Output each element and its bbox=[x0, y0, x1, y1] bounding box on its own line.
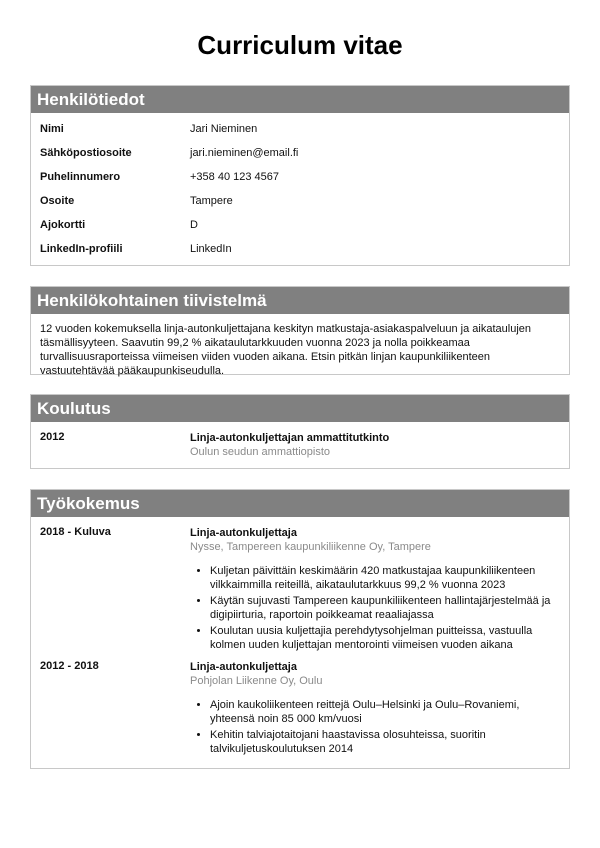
achievement-item: Ajoin kaukoliikenteen reittejä Oulu–Hels… bbox=[210, 698, 559, 726]
section-personal-info: Henkilötiedot Nimi Jari Nieminen Sähköpo… bbox=[30, 85, 570, 266]
email-value[interactable]: jari.nieminen@email.fi bbox=[190, 146, 569, 170]
info-row-linkedin: LinkedIn-profiili LinkedIn bbox=[31, 242, 569, 266]
entry-date: 2012 bbox=[31, 431, 190, 459]
achievement-item: Kuljetan päivittäin keskimäärin 420 matk… bbox=[210, 564, 559, 592]
info-label: Nimi bbox=[31, 122, 190, 146]
achievement-list: Ajoin kaukoliikenteen reittejä Oulu–Hels… bbox=[190, 698, 559, 756]
entry-title: Linja-autonkuljettajan ammattitutkinto bbox=[190, 431, 559, 445]
achievement-item: Käytän sujuvasti Tampereen kaupunkiliike… bbox=[210, 594, 559, 622]
info-row-email: Sähköpostiosoite jari.nieminen@email.fi bbox=[31, 146, 569, 170]
info-row-address: Osoite Tampere bbox=[31, 194, 569, 218]
info-row-license: Ajokortti D bbox=[31, 218, 569, 242]
section-heading: Työkokemus bbox=[31, 490, 569, 517]
info-label: Puhelinnumero bbox=[31, 170, 190, 194]
info-value: Jari Nieminen bbox=[190, 122, 569, 146]
entry-date: 2012 - 2018 bbox=[31, 660, 190, 758]
entry-title: Linja-autonkuljettaja bbox=[190, 526, 559, 540]
info-value: D bbox=[190, 218, 569, 242]
section-education: Koulutus 2012 Linja-autonkuljettajan amm… bbox=[30, 394, 570, 469]
achievement-list: Kuljetan päivittäin keskimäärin 420 matk… bbox=[190, 564, 559, 652]
info-label: Sähköpostiosoite bbox=[31, 146, 190, 170]
section-heading: Henkilötiedot bbox=[31, 86, 569, 113]
section-heading: Henkilökohtainen tiivistelmä bbox=[31, 287, 569, 314]
page-title: Curriculum vitae bbox=[0, 30, 600, 61]
info-row-phone: Puhelinnumero +358 40 123 4567 bbox=[31, 170, 569, 194]
entry-date: 2018 - Kuluva bbox=[31, 526, 190, 654]
entry-org: Pohjolan Liikenne Oy, Oulu bbox=[190, 674, 559, 688]
section-heading: Koulutus bbox=[31, 395, 569, 422]
info-value: Tampere bbox=[190, 194, 569, 218]
info-label: Ajokortti bbox=[31, 218, 190, 242]
entry-org: Oulun seudun ammattiopisto bbox=[190, 445, 559, 459]
achievement-item: Kehitin talviajotaitojani haastavissa ol… bbox=[210, 728, 559, 756]
linkedin-link[interactable]: LinkedIn bbox=[190, 242, 569, 266]
info-row-name: Nimi Jari Nieminen bbox=[31, 122, 569, 146]
experience-entry: 2018 - Kuluva Linja-autonkuljettaja Nyss… bbox=[31, 517, 569, 654]
summary-text: 12 vuoden kokemuksella linja-autonkuljet… bbox=[31, 314, 569, 385]
section-summary: Henkilökohtainen tiivistelmä 12 vuoden k… bbox=[30, 286, 570, 375]
info-label: LinkedIn-profiili bbox=[31, 242, 190, 266]
education-entry: 2012 Linja-autonkuljettajan ammattitutki… bbox=[31, 422, 569, 459]
entry-title: Linja-autonkuljettaja bbox=[190, 660, 559, 674]
info-label: Osoite bbox=[31, 194, 190, 218]
phone-value: +358 40 123 4567 bbox=[190, 170, 569, 194]
section-experience: Työkokemus 2018 - Kuluva Linja-autonkulj… bbox=[30, 489, 570, 769]
entry-org: Nysse, Tampereen kaupunkiliikenne Oy, Ta… bbox=[190, 540, 559, 554]
experience-entry: 2012 - 2018 Linja-autonkuljettaja Pohjol… bbox=[31, 654, 569, 758]
achievement-item: Koulutan uusia kuljettajia perehdytysohj… bbox=[210, 624, 559, 652]
